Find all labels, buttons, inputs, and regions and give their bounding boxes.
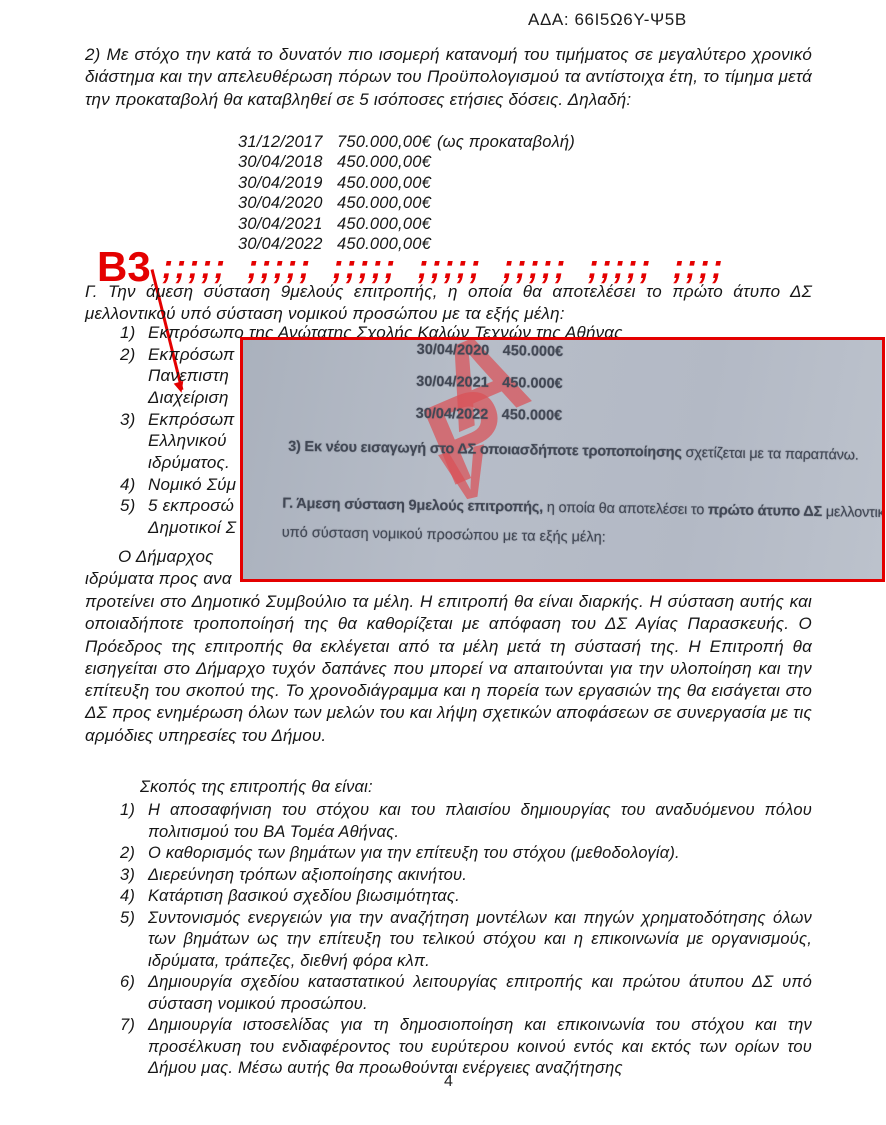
purpose-item: 3)Διερεύνηση τρόπων αξιοποίησης ακινήτου… [85,865,812,887]
schedule-amount: 450.000,00€ [337,194,431,212]
list-item-continuation: ιδρύματος. [148,453,230,473]
item-text: Δημιουργία σχεδίου καταστατικού λειτουργ… [148,973,812,1013]
mayor-paragraph-fragment: Ο Δήμαρχος [118,547,214,567]
item-number: 4) [120,886,135,908]
item-text: Εκπρόσωπ [148,345,235,364]
photo-item3-bold: εισαγωγή στο ΔΣ οποιασδήποτε τροποποίηση… [360,440,681,461]
item-number: 4) [120,475,148,495]
photo-schedule-row: 30/04/2020450.000€ [417,342,564,360]
page-number: 4 [85,1073,812,1091]
photo-schedule-date: 30/04/2021 [416,374,502,391]
schedule-date: 30/04/2020 [238,194,337,213]
item-text: Δημιουργία ιστοσελίδας για τη δημοσιοποί… [148,1016,812,1077]
item-text: Η αποσαφήνιση του στόχου και του πλαισίο… [148,801,812,841]
document-page: ΑΔΑ: 66Ι5Ω6Υ-Ψ5Β 2) Με στόχο την κατά το… [0,0,886,1125]
payment-schedule: 31/12/2017750.000,00€(ως προκαταβολή) 30… [238,133,575,255]
list-item: 2)Εκπρόσωπ [85,345,235,365]
item-text: Εκπρόσωπ [148,410,235,429]
intro-paragraph: 2) Με στόχο την κατά το δυνατόν πιο ισομ… [85,44,812,111]
item-number: 2) [120,345,148,365]
photo-schedule-row: 30/04/2021450.000€ [416,374,563,392]
schedule-note: (ως προκαταβολή) [437,133,575,151]
purpose-item: 2)Ο καθορισμός των βημάτων για την επίτε… [85,843,812,865]
item-number: 2) [120,843,135,865]
item-text: Νομικό Σύμ [148,475,236,494]
list-item-continuation: Δημοτικοί Σ [148,518,236,538]
photo-gamma-bold2: πρώτο άτυπο ΔΣ [708,502,822,520]
purpose-list: 1)Η αποσαφήνιση του στόχου και του πλαισ… [85,800,812,1080]
item-text: Κατάρτιση βασικού σχεδίου βιωσιμότητας. [148,887,460,905]
schedule-amount: 450.000,00€ [337,174,431,192]
schedule-amount: 450.000,00€ [337,153,431,171]
photo-content: Α Ρ V 30/04/2020450.000€ 30/04/2021450.0… [241,337,884,582]
schedule-row: 30/04/2018450.000,00€ [238,153,575,173]
photo-schedule-amount: 450.000€ [502,375,563,392]
photo-item3-prefix: 3) Εκ νέου [288,439,361,456]
item-number: 3) [120,865,135,887]
list-item-continuation: Ελληνικού [148,431,227,451]
list-item-continuation: Πανεπιστη [148,366,229,386]
schedule-row: 30/04/2019450.000,00€ [238,174,575,194]
list-item: 5)5 εκπροσώ [85,496,234,516]
mayor-paragraph-body: προτείνει στο Δημοτικό Συμβούλιο τα μέλη… [85,591,812,747]
list-item: 4)Νομικό Σύμ [85,475,236,495]
item-number: 1) [120,323,148,343]
photo-gamma-line1: Γ. Άμεση σύσταση 9μελούς επιτροπής, η οπ… [282,496,885,522]
photo-snippet-overlay: Α Ρ V 30/04/2020450.000€ 30/04/2021450.0… [240,337,885,582]
photo-schedule-row: 30/04/2022450.000€ [416,406,563,424]
photo-gamma-rest: μελλοντικού [822,504,885,521]
schedule-date: 30/04/2019 [238,174,337,193]
annotation-marks: ;;;;; ;;;;; ;;;;; ;;;;; ;;;;; ;;;;; ;;;; [162,250,725,283]
item-number: 1) [120,800,135,822]
schedule-date: 30/04/2018 [238,153,337,172]
schedule-row: 31/12/2017750.000,00€(ως προκαταβολή) [238,133,575,153]
purpose-item: 6)Δημιουργία σχεδίου καταστατικού λειτου… [85,972,812,1015]
item-number: 5) [120,908,135,930]
item-text: Διερεύνηση τρόπων αξιοποίησης ακινήτου. [148,866,467,884]
photo-gamma-line2: υπό σύσταση νομικού προσώπου με τα εξής … [282,525,606,546]
list-item: 3)Εκπρόσωπ [85,410,235,430]
ada-code-header: ΑΔΑ: 66Ι5Ω6Υ-Ψ5Β [528,10,687,30]
purpose-heading: Σκοπός της επιτροπής θα είναι: [140,778,373,797]
item-number: 3) [120,410,148,430]
item-text: 5 εκπροσώ [148,496,234,515]
item-text: Ο καθορισμός των βημάτων για την επίτευξ… [148,844,680,862]
item-number: 7) [120,1015,135,1037]
schedule-row: 30/04/2021450.000,00€ [238,215,575,235]
item-number: 6) [120,972,135,994]
item-number: 5) [120,496,148,516]
schedule-row: 30/04/2020450.000,00€ [238,194,575,214]
photo-item3-rest: σχετίζεται με τα παραπάνω. [682,445,859,464]
purpose-item: 1)Η αποσαφήνιση του στόχου και του πλαισ… [85,800,812,843]
schedule-amount: 750.000,00€ [337,133,431,151]
section-c-paragraph: Γ. Την άμεση σύσταση 9μελούς επιτροπής, … [85,281,812,324]
purpose-item: 5)Συντονισμός ενεργειών για την αναζήτησ… [85,908,812,973]
list-item-continuation: Διαχείριση [148,388,229,408]
purpose-item: 7)Δημιουργία ιστοσελίδας για τη δημοσιοπ… [85,1015,812,1080]
purpose-item: 4)Κατάρτιση βασικού σχεδίου βιωσιμότητας… [85,886,812,908]
schedule-date: 30/04/2021 [238,215,337,234]
photo-schedule-amount: 450.000€ [503,343,564,360]
item-text: Συντονισμός ενεργειών για την αναζήτηση … [148,909,812,970]
photo-item3-line: 3) Εκ νέου εισαγωγή στο ΔΣ οποιασδήποτε … [288,439,859,464]
photo-schedule-date: 30/04/2020 [417,342,503,359]
mayor-paragraph-fragment: ιδρύματα προς ανα [85,569,232,589]
schedule-date: 31/12/2017 [238,133,337,152]
photo-schedule-amount: 450.000€ [502,407,563,424]
photo-gamma-bold: Γ. Άμεση σύσταση 9μελούς επιτροπής, [282,496,543,516]
photo-gamma-mid: η οποία θα αποτελέσει το [543,500,708,519]
photo-schedule-date: 30/04/2022 [416,406,502,423]
schedule-amount: 450.000,00€ [337,215,431,233]
